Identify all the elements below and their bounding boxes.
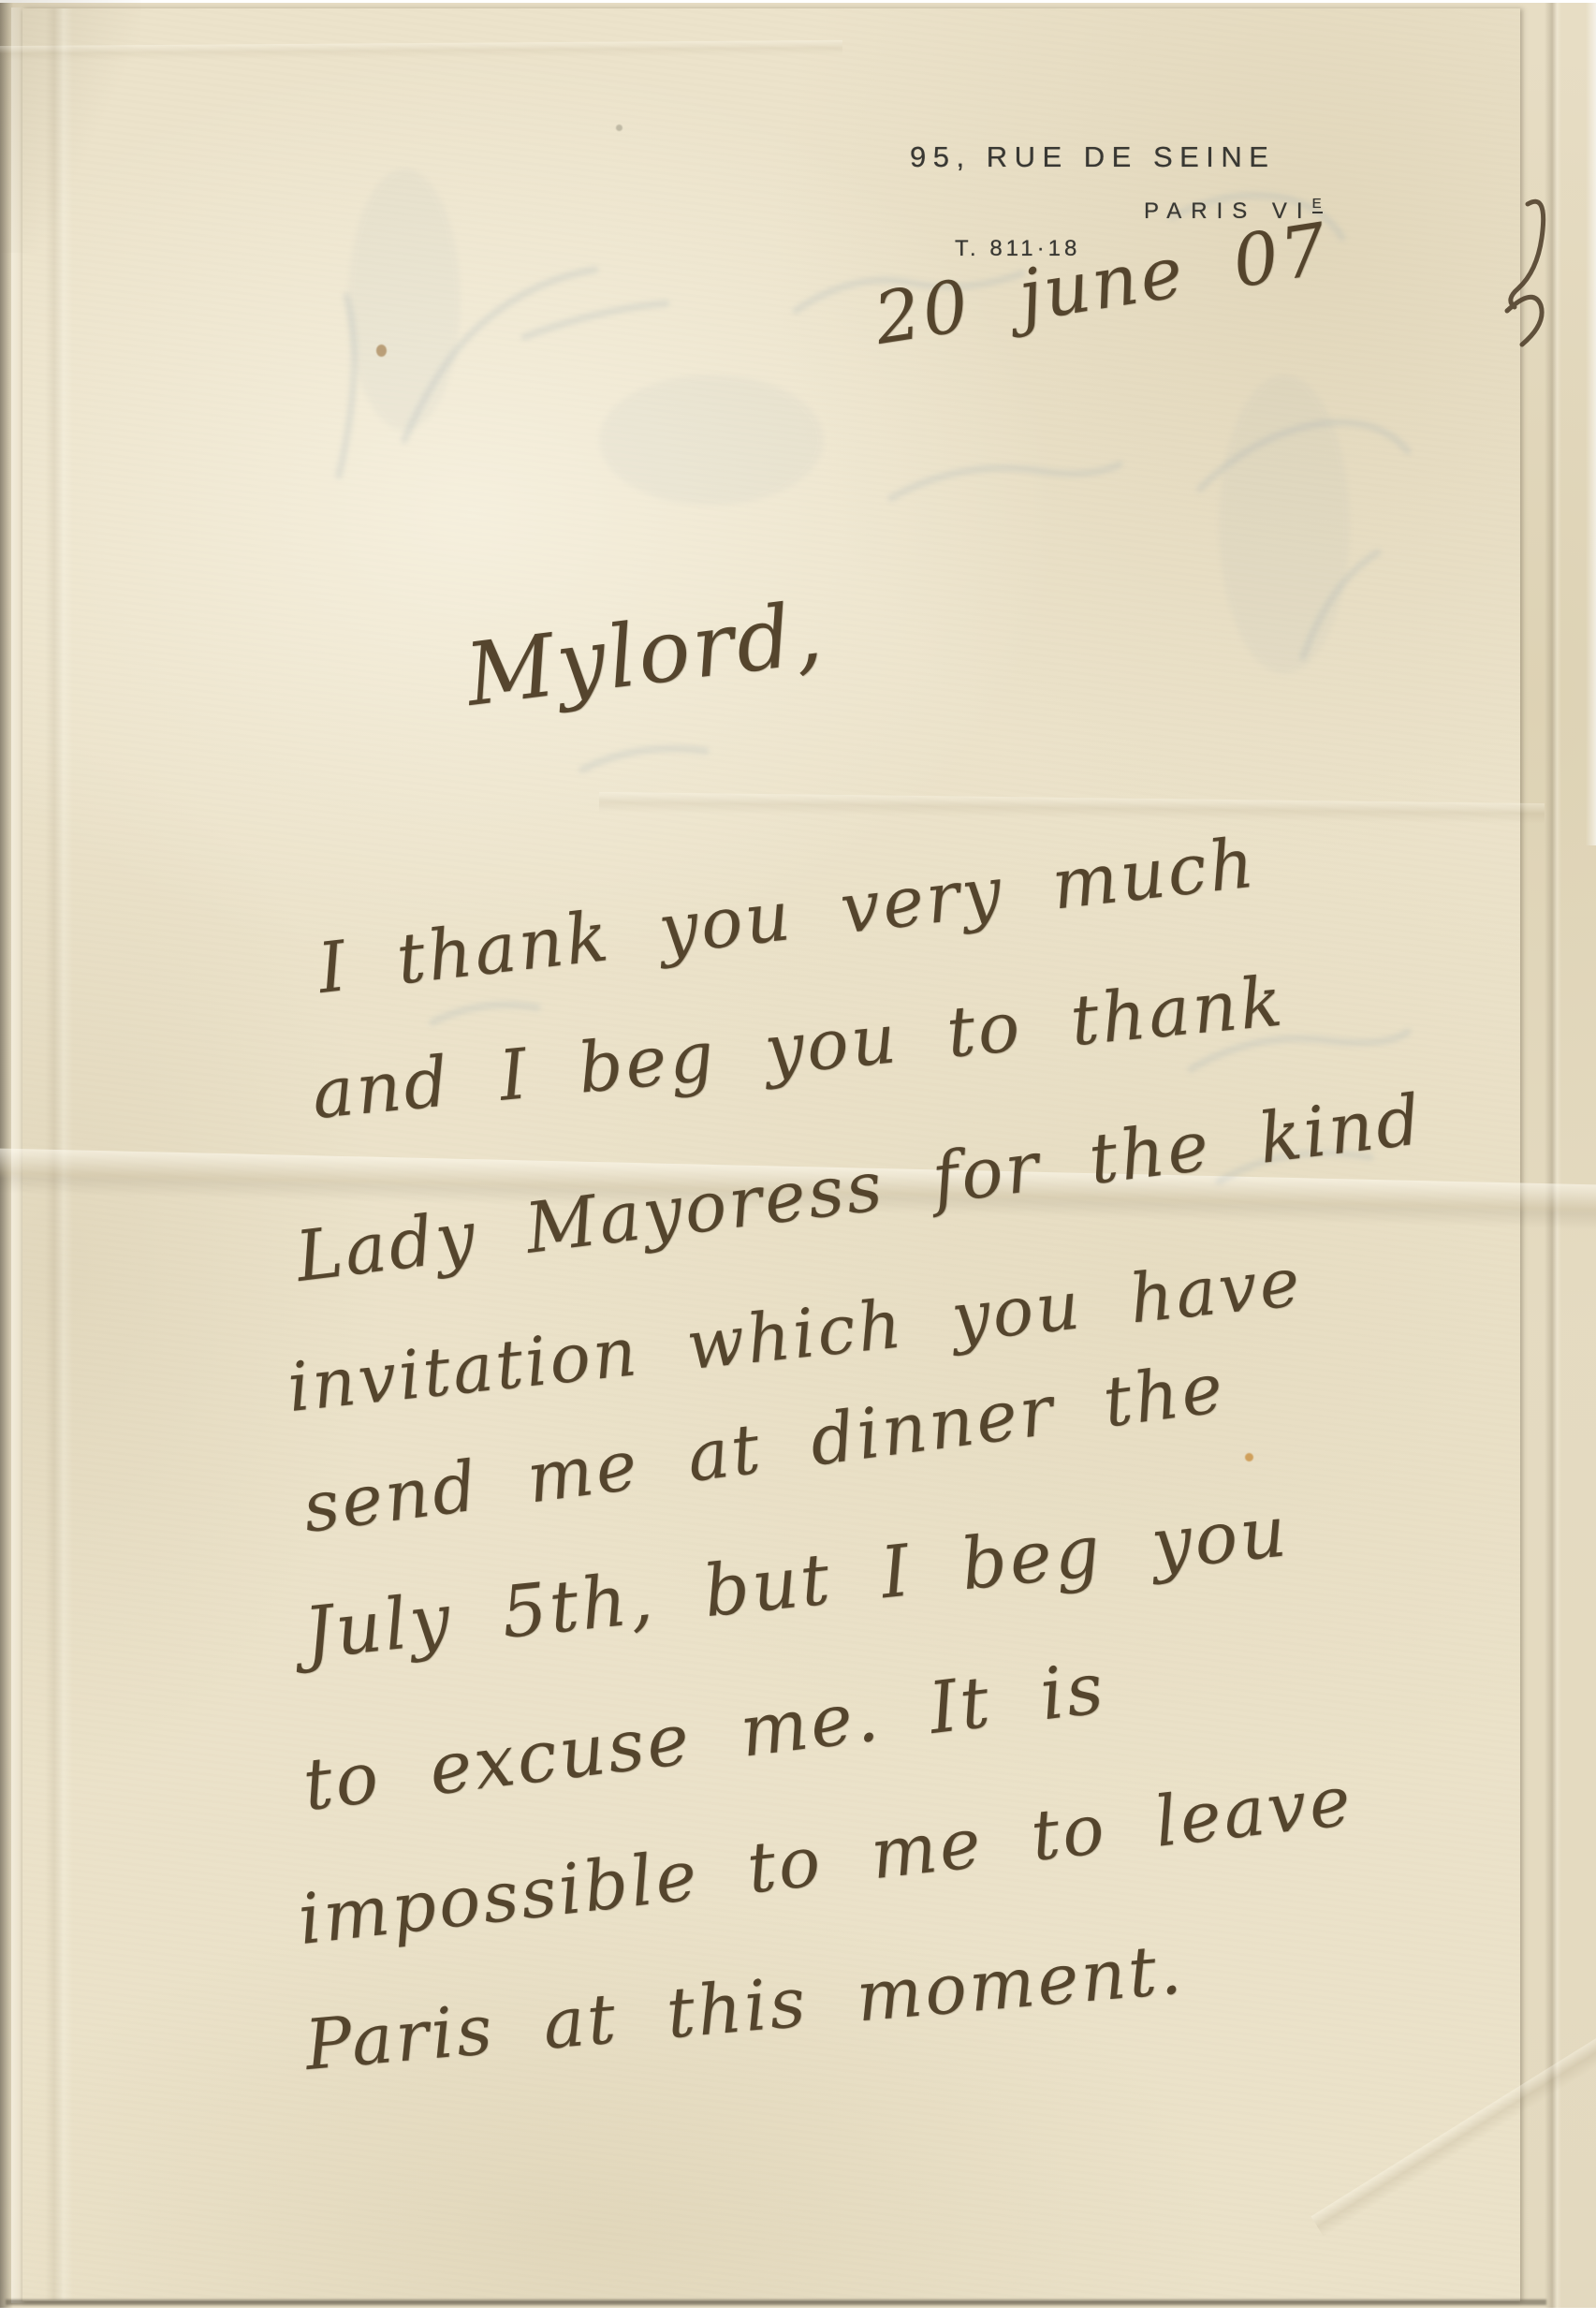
scanned-letter-page: 95, RUE DE SEINE PARIS VIE T. 811·18 20 …: [0, 0, 1596, 2320]
ink-mark: [0, 0, 1596, 2320]
